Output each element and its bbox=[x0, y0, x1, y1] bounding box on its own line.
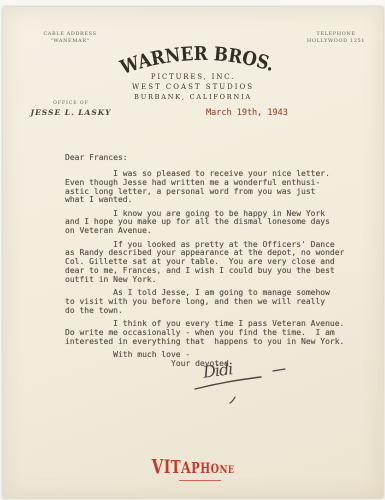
company-subline-pictures: PICTURES, INC. bbox=[3, 73, 383, 81]
vitaphone-logo-text: VITAPHONE bbox=[152, 456, 235, 480]
vitaphone-letter: N bbox=[220, 458, 228, 482]
office-name: JESSE L. LASKY bbox=[21, 108, 121, 117]
telephone-label: TELEPHONE bbox=[291, 31, 381, 38]
vitaphone-letter: E bbox=[228, 458, 234, 482]
vitaphone-letter: T bbox=[171, 457, 181, 481]
company-subline-studios: WEST COAST STUDIOS bbox=[3, 83, 383, 91]
office-block: OFFICE OF JESSE L. LASKY bbox=[21, 101, 121, 117]
paragraph-1: I was so pleased to receive your nice le… bbox=[65, 170, 365, 205]
paragraph-2: I know you are going to be happy in New … bbox=[65, 210, 365, 236]
cable-address-block: CABLE ADDRESS "WANEMAR" bbox=[25, 31, 115, 45]
vitaphone-tagline bbox=[179, 480, 221, 483]
vitaphone-letter: O bbox=[211, 458, 220, 482]
photo-background: CABLE ADDRESS "WANEMAR" TELEPHONE HOLLYW… bbox=[0, 0, 385, 500]
office-of-label: OFFICE OF bbox=[21, 101, 121, 106]
paragraph-5: I think of you every time I pass Veteran… bbox=[65, 320, 365, 346]
letter-paper: CABLE ADDRESS "WANEMAR" TELEPHONE HOLLYW… bbox=[3, 7, 383, 498]
vitaphone-logo: VITAPHONE bbox=[3, 458, 383, 479]
vitaphone-letter: V bbox=[152, 455, 164, 479]
vitaphone-letter: H bbox=[200, 457, 210, 481]
telephone-value: HOLLYWOOD 1251 bbox=[291, 38, 381, 45]
letter-body: I was so pleased to receive your nice le… bbox=[65, 170, 365, 364]
telephone-block: TELEPHONE HOLLYWOOD 1251 bbox=[291, 31, 381, 45]
letter-date: March 19th, 1943 bbox=[206, 108, 288, 118]
cable-address-label: CABLE ADDRESS bbox=[25, 31, 115, 38]
signature-flourish-icon bbox=[189, 359, 299, 407]
vitaphone-letter: I bbox=[164, 456, 171, 480]
salutation: Dear Frances: bbox=[65, 154, 128, 163]
vitaphone-letter: P bbox=[191, 456, 200, 480]
vitaphone-letter: A bbox=[181, 456, 191, 480]
cable-address-value: "WANEMAR" bbox=[25, 38, 115, 45]
paragraph-4: As I told Jesse, I am going to manage so… bbox=[65, 289, 365, 315]
paragraph-3: If you looked as pretty at the Officers'… bbox=[65, 241, 365, 285]
company-subline-city: BURBANK, CALIFORNIA bbox=[3, 93, 383, 101]
